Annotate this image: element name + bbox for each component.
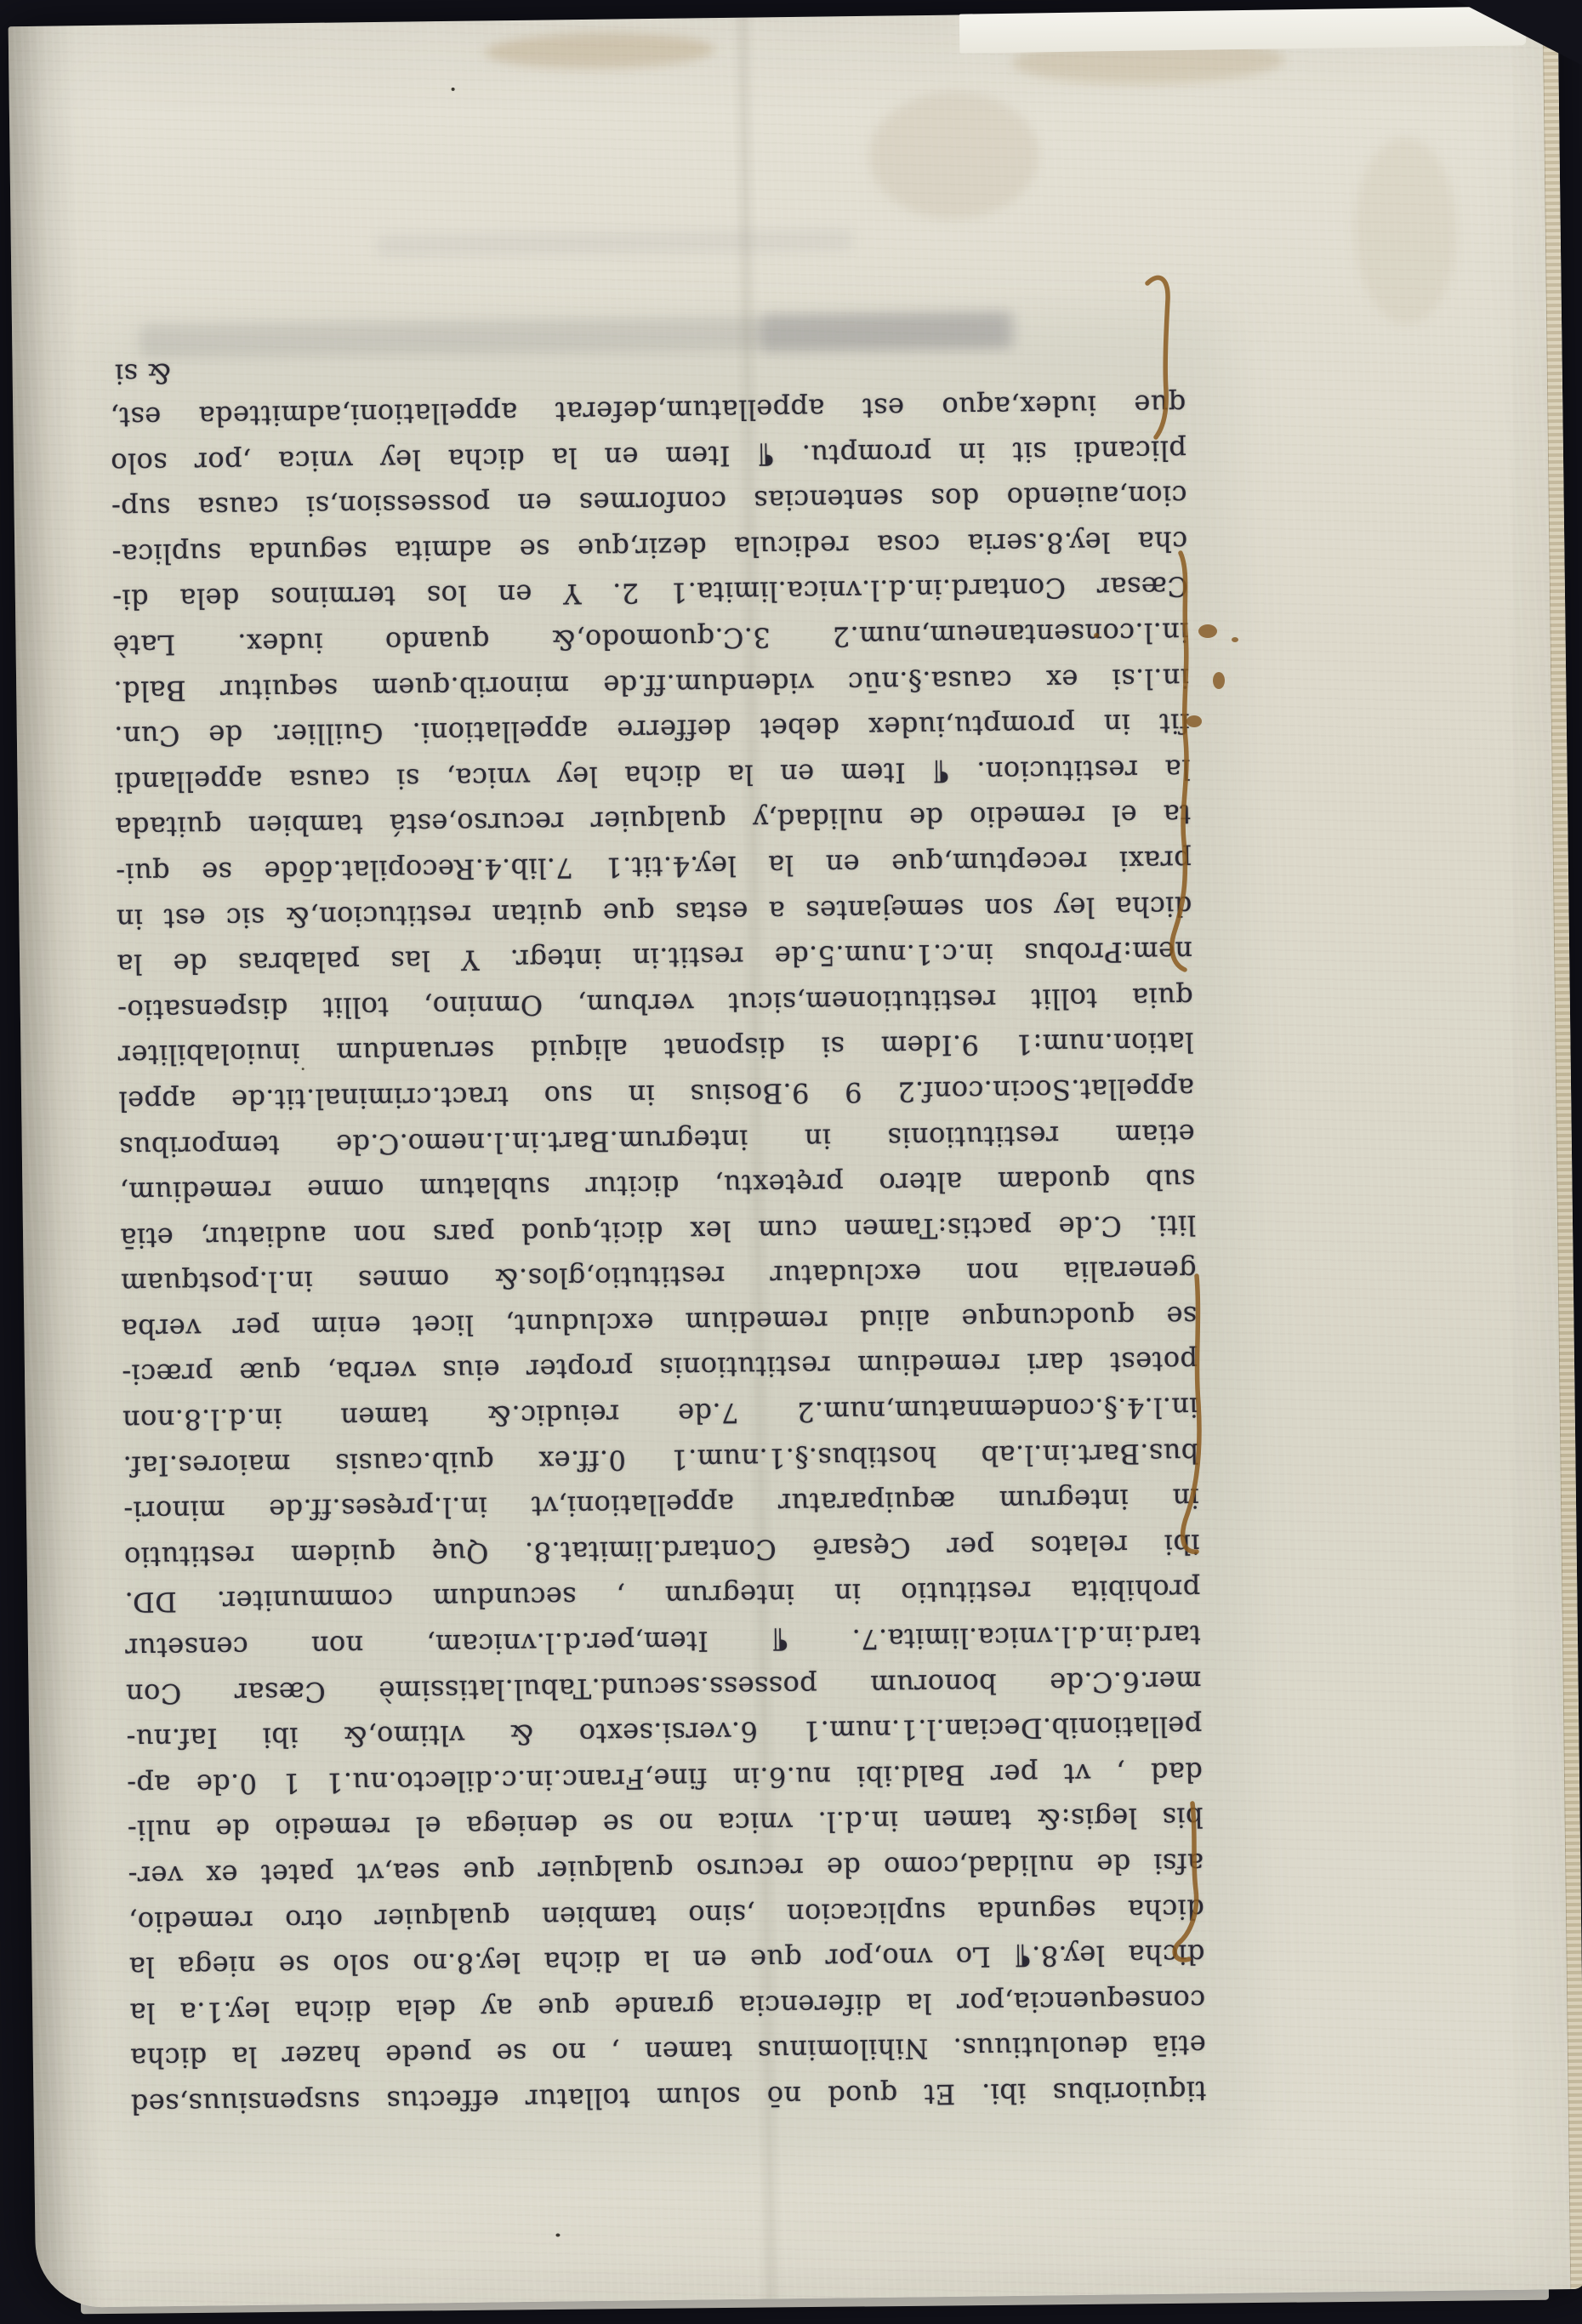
text-block: tiquioribus ibi. Et quod nō solum tollat… (109, 335, 1206, 2126)
photo-background: tiquioribus ibi. Et quod nō solum tollat… (0, 0, 1582, 2324)
book-page: tiquioribus ibi. Et quod nō solum tollat… (9, 8, 1582, 2308)
under-page-edge-top-right (959, 6, 1527, 53)
paper-speck (452, 88, 455, 91)
paper-speck (555, 2233, 560, 2236)
